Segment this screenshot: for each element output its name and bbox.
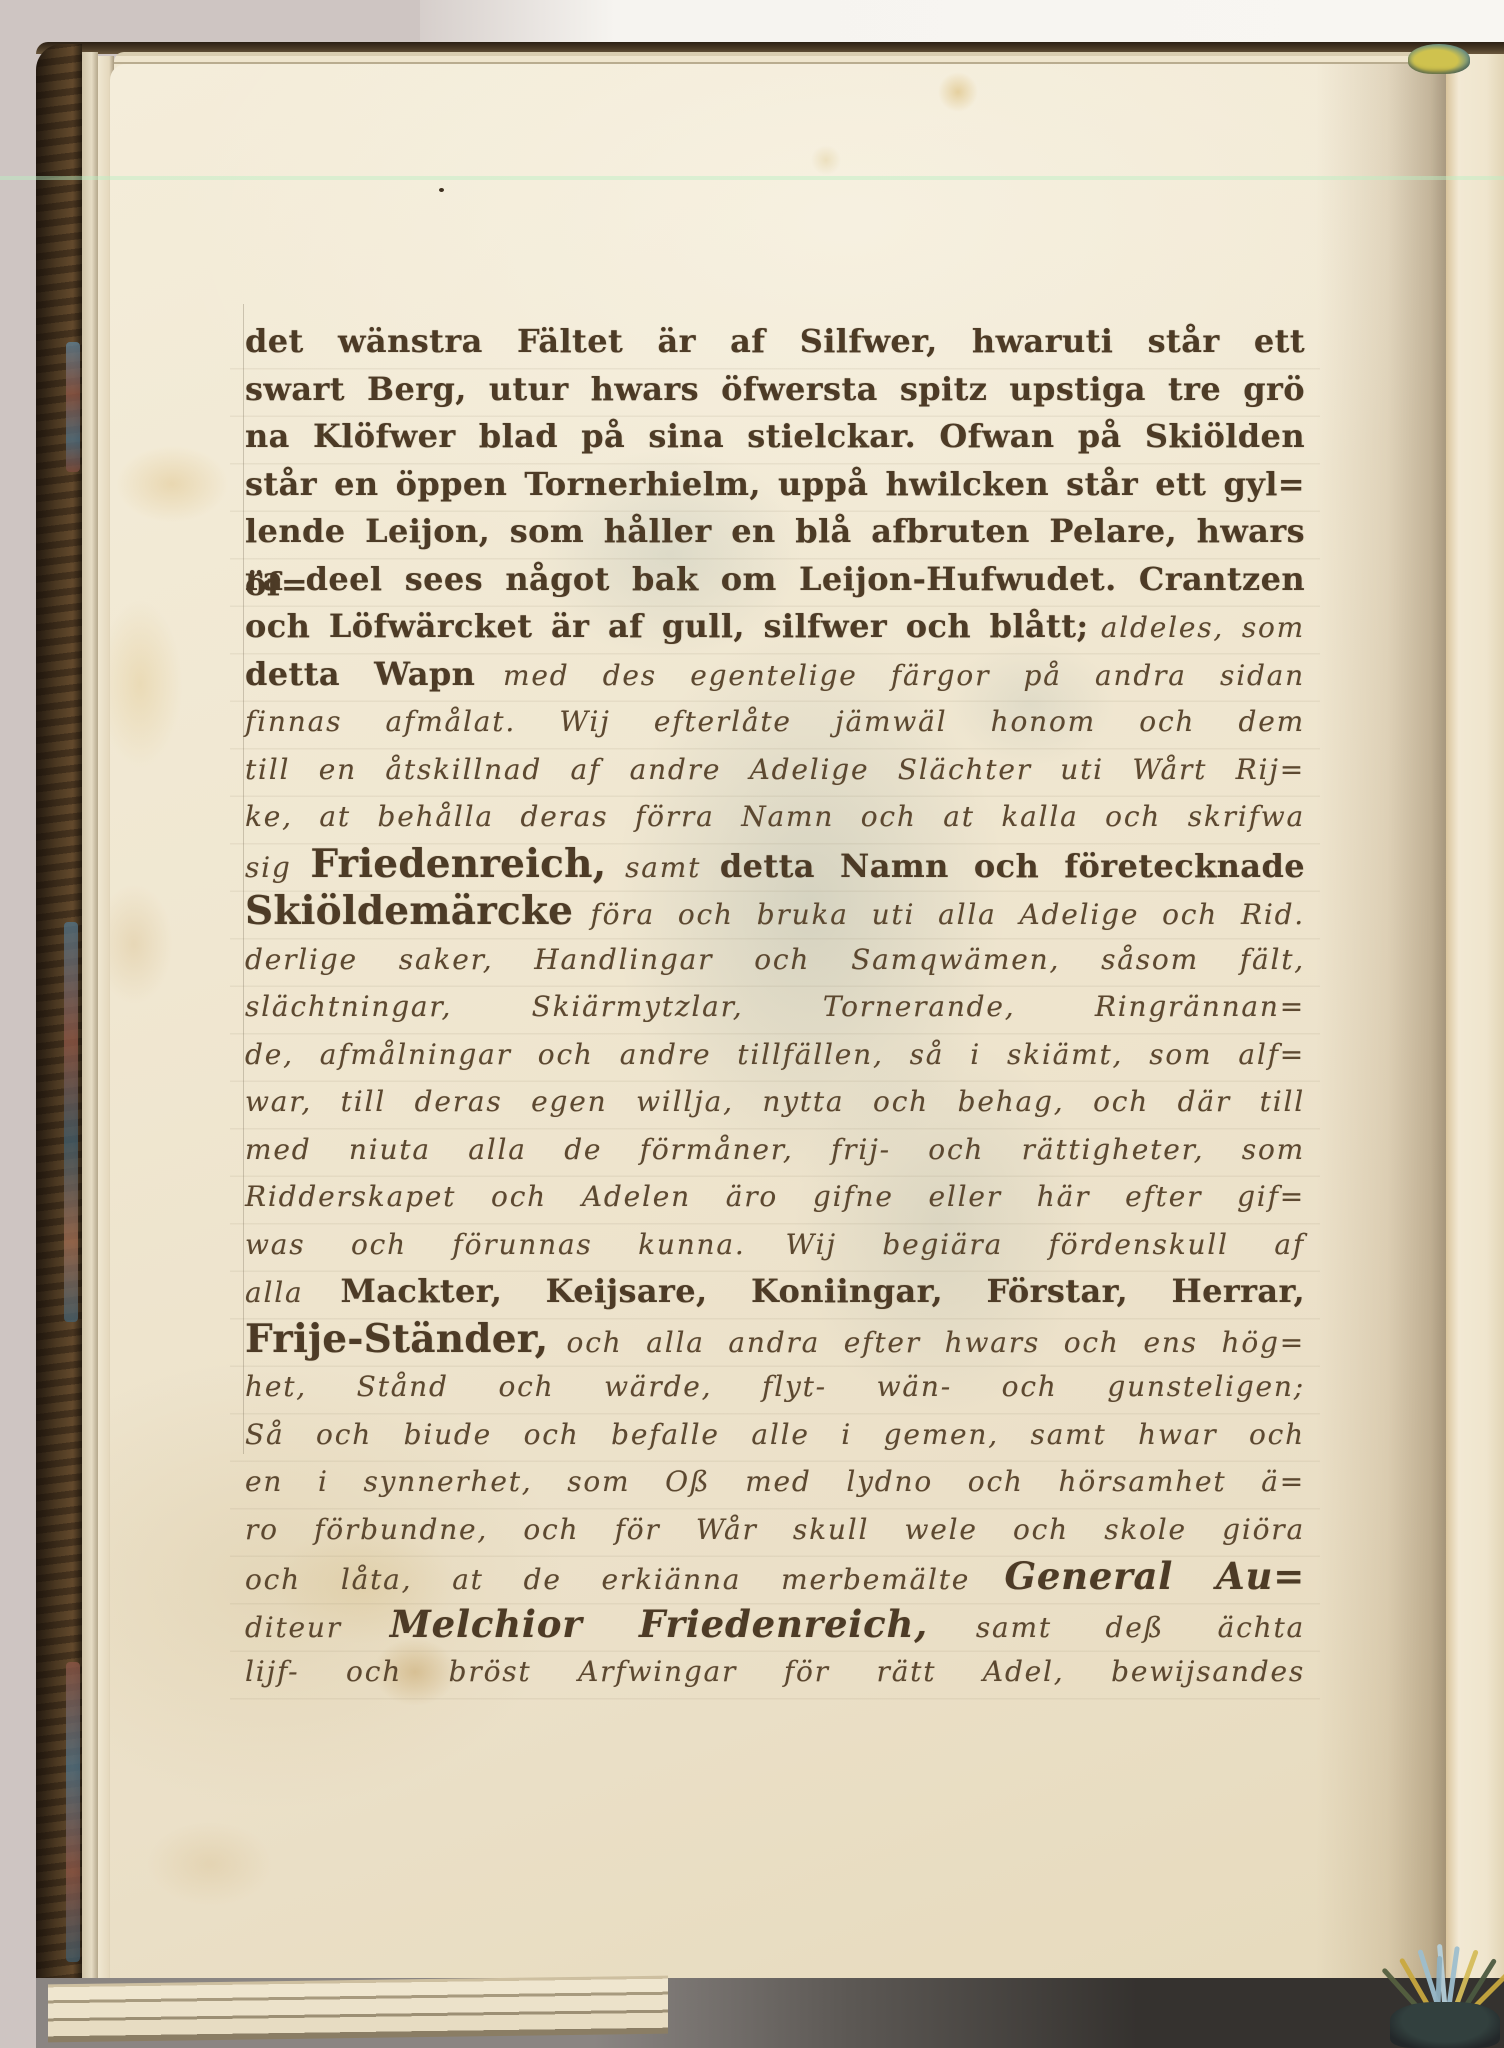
text-block: det wänstra Fältet är af Silfwer, hwarut…	[245, 318, 1305, 1696]
manuscript-text-segment: Ridderskapet och Adelen äro gifne eller …	[245, 1180, 1305, 1213]
manuscript-line: ro förbundne, och för Wår skull wele och…	[245, 1506, 1305, 1554]
manuscript-text-segment: was och förunnas kunna.	[245, 1228, 746, 1261]
manuscript-text-segment: diteur	[245, 1611, 342, 1644]
manuscript-line: och Löfwärcket är af gull, silfwer och b…	[245, 603, 1305, 651]
manuscript-text-segment: Så och biude och befalle alle i gemen, s…	[245, 1418, 1305, 1451]
manuscript-line: till en åtskillnad af andre Adelige Släc…	[245, 746, 1305, 794]
manuscript-text-segment: Mackter, Keijsare, Koniingar, Förstar, H…	[340, 1272, 1305, 1310]
manuscript-text-segment: alla	[245, 1276, 304, 1309]
manuscript-text-segment: och Löfwärcket är af gull, silfwer och b…	[245, 607, 1089, 645]
marbled-endpaper-glimpse	[66, 342, 80, 472]
manuscript-line: finnas afmålat. Wij efterlåte jämwäl hon…	[245, 698, 1305, 746]
manuscript-text-segment: detta Wapn	[245, 655, 475, 693]
manuscript-line: Ridderskapet och Adelen äro gifne eller …	[245, 1173, 1305, 1221]
manuscript-line: och låta, at de erkiänna merbemälte Gene…	[245, 1553, 1305, 1601]
manuscript-text-segment: sig	[245, 851, 292, 884]
manuscript-text-segment: war, till deras egen willja, nytta och b…	[245, 1085, 1305, 1118]
manuscript-text-segment: slächtningar, Skiärmytzlar, Tornerande, …	[245, 990, 1305, 1023]
manuscript-line: het, Stånd och wärde, flyt- wän- och gun…	[245, 1363, 1305, 1411]
manuscript-line: na Klöfwer blad på sina stielckar. Ofwan…	[245, 413, 1305, 461]
manuscript-line: derlige saker, Handlingar och Samqwämen,…	[245, 936, 1305, 984]
facing-page-sliver	[1446, 54, 1504, 2020]
marbled-endpaper-glimpse	[64, 922, 78, 1322]
margin-fold-line	[243, 304, 244, 1454]
page-stack-bottom-corner	[48, 1976, 668, 2043]
manuscript-text-segment: en i synnerhet, som Oß med lydno och hör…	[245, 1465, 1305, 1498]
manuscript-text-segment: ke, at behålla deras förra Namn och at k…	[245, 800, 1305, 833]
manuscript-line: detta Wapn med des egentelige färgor på …	[245, 651, 1305, 699]
manuscript-text-segment: Frije-Ständer,	[245, 1316, 548, 1362]
manuscript-text-segment: samt deß ächta	[976, 1611, 1305, 1644]
scanned-manuscript-screenshot: { "palette": { "background": "#cec5c2", …	[0, 0, 1504, 2048]
manuscript-text-segment: General Au=	[1004, 1554, 1305, 1598]
manuscript-line: swart Berg, utur hwars öfwersta spitz up…	[245, 366, 1305, 414]
gutter-shadow	[1316, 64, 1446, 2020]
page-stack-edge	[82, 52, 98, 2016]
endband-knot	[1408, 44, 1470, 74]
manuscript-text-segment: Melchior Friedenreich,	[390, 1602, 928, 1646]
manuscript-text-segment: detta Namn och företecknade	[720, 847, 1305, 885]
manuscript-text-segment: ra deel sees något bak om Leijon-Hufwude…	[245, 560, 1305, 598]
manuscript-line: med niuta alla de förmåner, frij- och rä…	[245, 1126, 1305, 1174]
manuscript-text-segment: med des egentelige färgor på andra sidan	[503, 659, 1305, 692]
manuscript-text-segment: ro förbundne, och för Wår skull wele och…	[245, 1513, 1305, 1546]
manuscript-text-segment: med niuta alla de förmåner, frij- och rä…	[245, 1133, 1305, 1166]
manuscript-page: det wänstra Fältet är af Silfwer, hwarut…	[110, 64, 1446, 2020]
scanner-glare-strip	[420, 0, 1504, 46]
manuscript-line: diteur Melchior Friedenreich, samt deß ä…	[245, 1601, 1305, 1649]
manuscript-line: ra deel sees något bak om Leijon-Hufwude…	[245, 556, 1305, 604]
manuscript-text-segment: står en öppen Tornerhielm, uppå hwilcken…	[245, 465, 1305, 503]
manuscript-line: Skiöldemärcke föra och bruka uti alla Ad…	[245, 888, 1305, 936]
manuscript-line: slächtningar, Skiärmytzlar, Tornerande, …	[245, 983, 1305, 1031]
manuscript-line: alla Mackter, Keijsare, Koniingar, Först…	[245, 1268, 1305, 1316]
manuscript-line: sig Friedenreich, samt detta Namn och fö…	[245, 841, 1305, 889]
manuscript-text-segment: Skiöldemärcke	[245, 888, 573, 934]
manuscript-line: står en öppen Tornerhielm, uppå hwilcken…	[245, 461, 1305, 509]
manuscript-text-segment: föra och bruka uti alla Adelige och Rid.	[590, 898, 1305, 931]
manuscript-text-segment: swart Berg, utur hwars öfwersta spitz up…	[245, 370, 1305, 408]
manuscript-text-segment: till en åtskillnad af andre Adelige Släc…	[245, 753, 1305, 786]
manuscript-text-segment: det wänstra Fältet är af Silfwer, hwarut…	[245, 322, 1305, 360]
open-book: det wänstra Fältet är af Silfwer, hwarut…	[36, 42, 1504, 2048]
manuscript-text-segment: de, afmålningar och andre tillfällen, så…	[245, 1038, 1305, 1071]
manuscript-line: lende Leijon, som håller en blå afbruten…	[245, 508, 1305, 556]
manuscript-line: ke, at behålla deras förra Namn och at k…	[245, 793, 1305, 841]
tassel-knot	[1390, 2002, 1500, 2048]
scanner-artifact-line	[0, 176, 1504, 180]
manuscript-line: Frije-Ständer, och alla andra efter hwar…	[245, 1316, 1305, 1364]
manuscript-text-segment: aldeles, som	[1101, 611, 1305, 644]
manuscript-line: Så och biude och befalle alle i gemen, s…	[245, 1411, 1305, 1459]
manuscript-line: was och förunnas kunna. Wij begiära förd…	[245, 1221, 1305, 1269]
manuscript-line: en i synnerhet, som Oß med lydno och hör…	[245, 1458, 1305, 1506]
bookmark-tassel	[1370, 1940, 1504, 2048]
manuscript-line: det wänstra Fältet är af Silfwer, hwarut…	[245, 318, 1305, 366]
stray-ink-dot	[439, 188, 444, 192]
manuscript-text-segment: Wij begiära fördenskull af	[786, 1228, 1306, 1261]
manuscript-line: war, till deras egen willja, nytta och b…	[245, 1078, 1305, 1126]
manuscript-text-segment: och alla andra efter hwars och ens hög=	[567, 1326, 1305, 1359]
manuscript-text-segment: na Klöfwer blad på sina stielckar. Ofwan…	[245, 417, 1305, 455]
manuscript-text-segment: derlige saker, Handlingar och Samqwämen,…	[245, 943, 1305, 976]
manuscript-text-segment: samt	[625, 851, 701, 884]
manuscript-text-segment: het, Stånd och wärde, flyt- wän- och gun…	[245, 1370, 1305, 1403]
manuscript-line: lijf- och bröst Arfwingar för rätt Adel,…	[245, 1648, 1305, 1696]
manuscript-text-segment: lijf- och bröst Arfwingar för rätt Adel,…	[245, 1655, 1305, 1688]
marbled-endpaper-glimpse	[66, 1662, 80, 1962]
manuscript-text-segment: finnas afmålat. Wij efterlåte jämwäl hon…	[245, 705, 1305, 738]
manuscript-text-segment: och låta, at de erkiänna merbemälte	[245, 1563, 970, 1596]
manuscript-text-segment: Friedenreich,	[310, 841, 606, 887]
manuscript-line: de, afmålningar och andre tillfällen, så…	[245, 1031, 1305, 1079]
